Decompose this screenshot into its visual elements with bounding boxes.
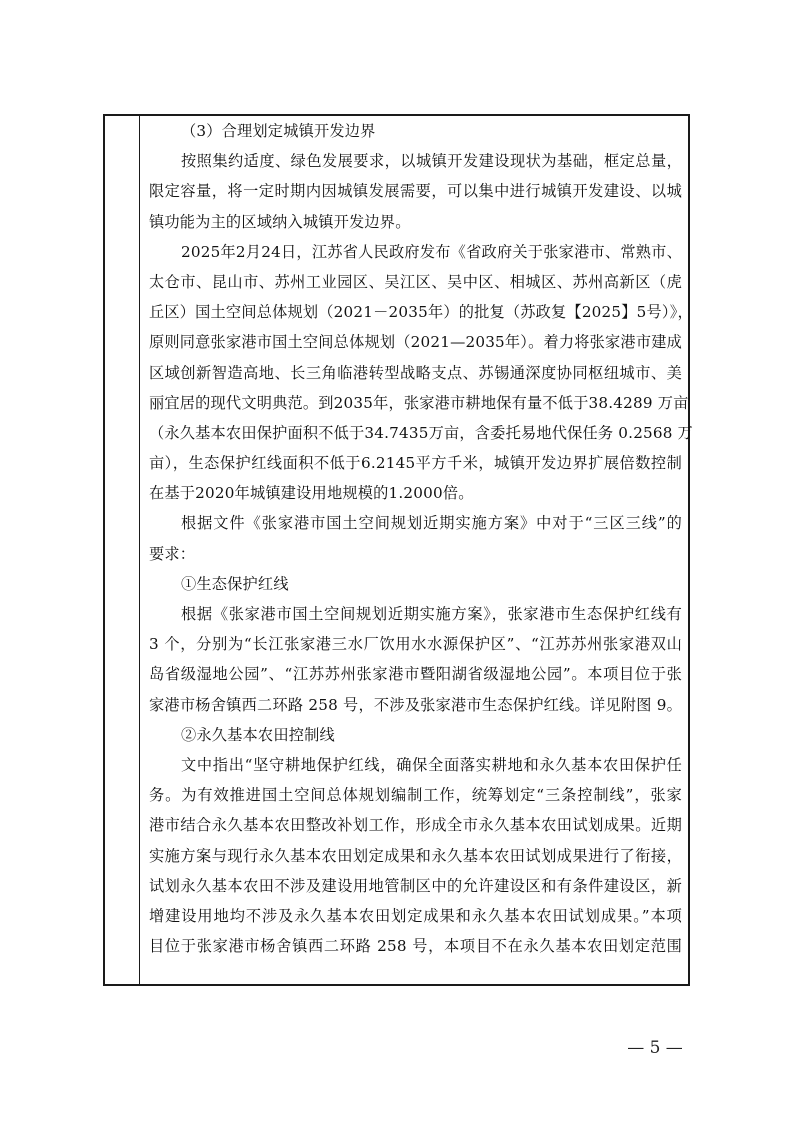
text-line: 文中指出“坚守耕地保护红线，确保全面落实耕地和永久基本农田保护任 (149, 750, 682, 780)
text-line: （3）合理划定城镇开发边界 (149, 116, 682, 146)
page-number: — 5 — (620, 1038, 690, 1058)
content-table: （3）合理划定城镇开发边界按照集约适度、绿色发展要求，以城镇开发建设现状为基础，… (103, 114, 690, 986)
text-line: ①生态保护红线 (149, 569, 682, 599)
text-line: 亩），生态保护红线面积不低于6.2145平方千米，城镇开发边界扩展倍数控制 (149, 448, 682, 478)
table-content-cell: （3）合理划定城镇开发边界按照集约适度、绿色发展要求，以城镇开发建设现状为基础，… (149, 116, 682, 961)
text-line: 丘区）国土空间总体规划（2021－2035年）的批复（苏政复【2025】5号）》… (149, 297, 682, 327)
text-line: 港市结合永久基本农田整改补划工作，形成全市永久基本农田试划成果。近期 (149, 810, 682, 840)
text-line: 区域创新智造高地、长三角临港转型战略支点、苏锡通深度协同枢纽城市、美 (149, 358, 682, 388)
text-line: 太仓市、昆山市、苏州工业园区、吴江区、吴中区、相城区、苏州高新区（虎 (149, 267, 682, 297)
text-line: 3 个，分别为“长江张家港三水厂饮用水水源保护区”、“江苏苏州张家港双山 (149, 629, 682, 659)
text-line: 务。为有效推进国土空间总体规划编制工作，统筹划定“三条控制线”，张家 (149, 780, 682, 810)
text-line: 岛省级湿地公园”、“江苏苏州张家港市暨阳湖省级湿地公园”。本项目位于张 (149, 659, 682, 689)
text-line: （永久基本农田保护面积不低于34.7435万亩，含委托易地代保任务 0.2568… (149, 418, 682, 448)
text-line: 限定容量，将一定时期内因城镇发展需要，可以集中进行城镇开发建设、以城 (149, 176, 682, 206)
text-line: 实施方案与现行永久基本农田划定成果和永久基本农田试划成果进行了衔接， (149, 841, 682, 871)
text-line: 目位于张家港市杨舍镇西二环路 258 号，本项目不在永久基本农田划定范围 (149, 931, 682, 961)
text-line: ②永久基本农田控制线 (149, 720, 682, 750)
text-line: 家港市杨舍镇西二环路 258 号，不涉及张家港市生态保护红线。详见附图 9。 (149, 690, 682, 720)
table-left-column (105, 116, 140, 984)
text-line: 试划永久基本农田不涉及建设用地管制区中的允许建设区和有条件建设区，新 (149, 871, 682, 901)
text-line: 2025年2月24日，江苏省人民政府发布《省政府关于张家港市、常熟市、 (149, 237, 682, 267)
text-line: 原则同意张家港市国土空间总体规划（2021—2035年）。着力将张家港市建成 (149, 327, 682, 357)
text-line: 增建设用地均不涉及永久基本农田划定成果和永久基本农田试划成果。”本项 (149, 901, 682, 931)
text-line: 根据文件《张家港市国土空间规划近期实施方案》中对于“三区三线”的 (149, 508, 682, 538)
text-line: 镇功能为主的区域纳入城镇开发边界。 (149, 207, 682, 237)
text-line: 在基于2020年城镇建设用地规模的1.2000倍。 (149, 478, 682, 508)
text-line: 按照集约适度、绿色发展要求，以城镇开发建设现状为基础，框定总量， (149, 146, 682, 176)
text-line: 要求： (149, 539, 682, 569)
text-line: 丽宜居的现代文明典范。到2035年，张家港市耕地保有量不低于38.4289 万亩 (149, 388, 682, 418)
text-line: 根据《张家港市国土空间规划近期实施方案》，张家港市生态保护红线有 (149, 599, 682, 629)
